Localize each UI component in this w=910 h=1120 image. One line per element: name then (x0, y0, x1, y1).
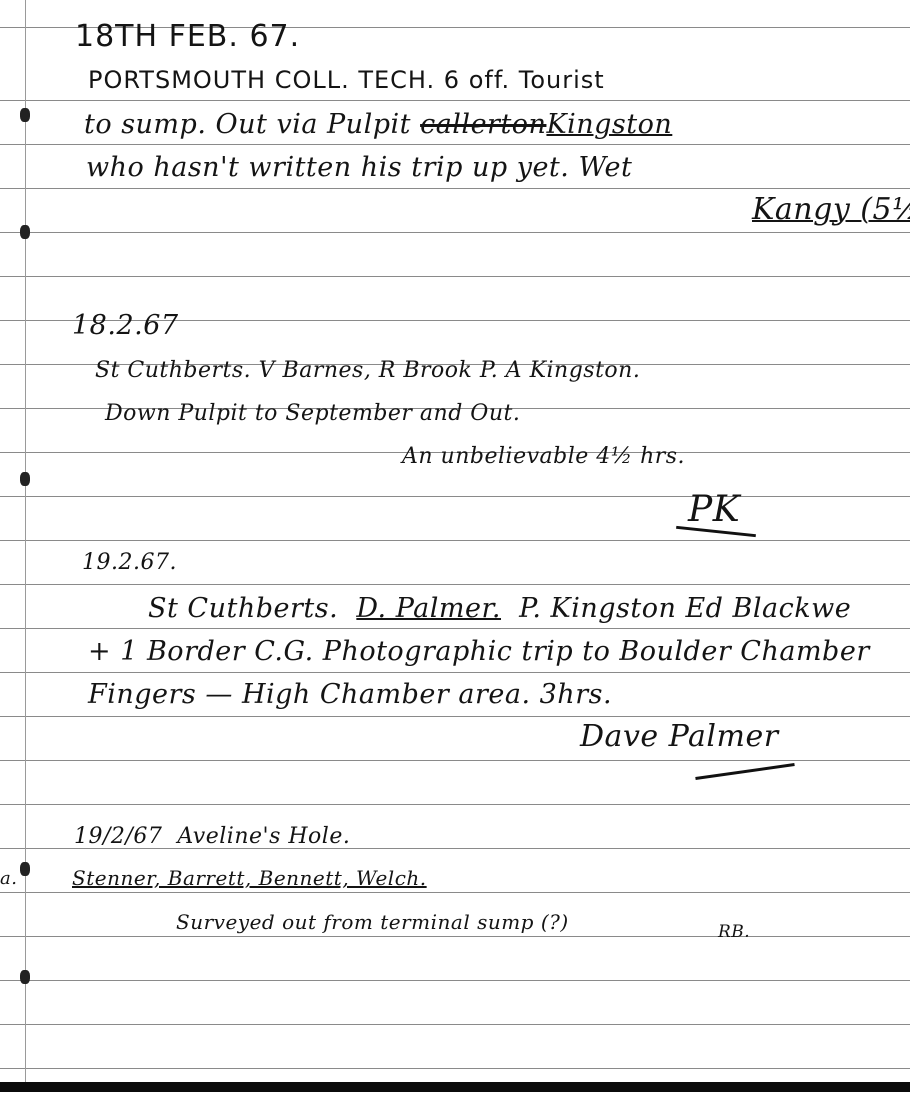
person-name: Kingston (546, 109, 672, 140)
entry-line: An unbelievable 4½ hrs. (402, 446, 685, 468)
entry-line: Fingers — High Chamber area. 3hrs. (88, 681, 612, 708)
entry-date-and-title: 19/2/67 Aveline's Hole. (74, 826, 350, 848)
entry-line: Stenner, Barrett, Bennett, Welch. (72, 868, 427, 888)
entry-date: 18.2.67 (72, 312, 179, 339)
entry-line: + 1 Border C.G. Photographic trip to Bou… (88, 638, 870, 665)
ink-blot (20, 108, 30, 122)
cave-name: St Cuthberts. (148, 593, 338, 624)
signature: Kangy (5½) (752, 195, 910, 225)
signature-initials: RB. (718, 924, 750, 941)
person-name: D. Palmer. (356, 593, 501, 624)
margin-rule (25, 0, 26, 1085)
entry-line: PORTSMOUTH COLL. TECH. 6 off. Tourist (88, 68, 605, 92)
signature-initials: PK (688, 492, 740, 528)
ink-blot (20, 862, 30, 876)
ink-blot (20, 225, 30, 239)
margin-fragment: a. (0, 870, 17, 888)
entry-date: 19.2.67. (82, 552, 177, 574)
entry-date: 19/2/67 (74, 824, 162, 849)
cave-name: Aveline's Hole. (177, 824, 350, 849)
line-text: to sump. Out via Pulpit (84, 109, 411, 140)
signature: Dave Palmer (580, 722, 779, 752)
logbook-page: 18TH FEB. 67. PORTSMOUTH COLL. TECH. 6 o… (0, 0, 910, 1085)
entry-line: Surveyed out from terminal sump (?) (176, 912, 569, 932)
participants: P. Kingston Ed Blackwe (519, 593, 851, 624)
entry-line: who hasn't written his trip up yet. Wet (86, 154, 632, 181)
entry-line: to sump. Out via Pulpit callertonKingsto… (84, 111, 672, 138)
struck-out-word: callerton (420, 109, 546, 140)
ink-blot (20, 472, 30, 486)
page-bottom-edge (0, 1082, 910, 1092)
entry-line: St Cuthberts. V Barnes, R Brook P. A Kin… (95, 360, 640, 382)
ink-blot (20, 970, 30, 984)
entry-line: St Cuthberts. D. Palmer. P. Kingston Ed … (148, 595, 851, 622)
signature-flourish (695, 763, 794, 780)
entry-date: 18TH FEB. 67. (75, 22, 300, 52)
entry-line: Down Pulpit to September and Out. (105, 403, 520, 425)
